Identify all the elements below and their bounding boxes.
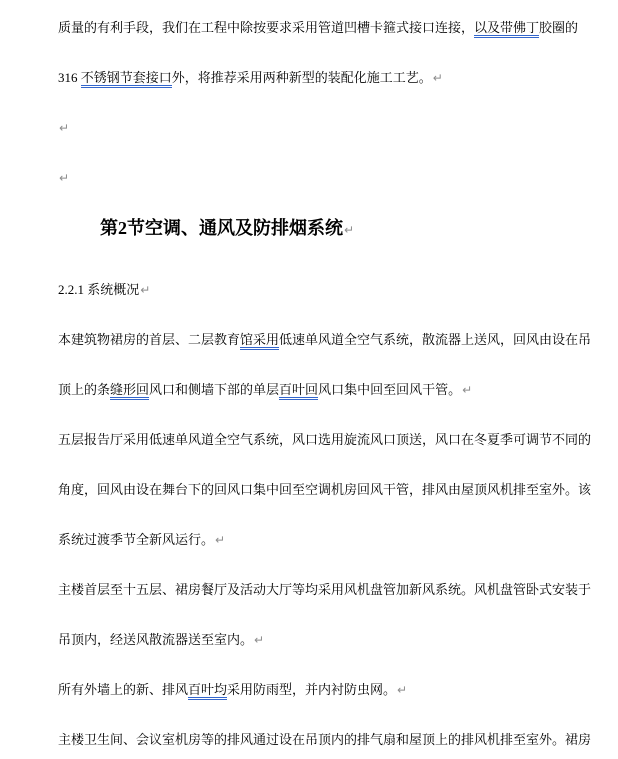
text-line: 吊顶内，经送风散流器送至室内。↵ — [58, 615, 588, 665]
text-line: 所有外墙上的新、排风百叶均采用防雨型，并内衬防虫网。↵ — [58, 665, 588, 715]
text-segment: 主楼卫生间、会议室机房等的排风通过设在吊顶内的排气扇和屋顶上的排风机排至室外。裙… — [58, 732, 591, 747]
text-line: 顶上的条缝形回风口和侧墙下部的单层百叶回风口集中回至回风干管。↵ — [58, 365, 588, 415]
grammar-underlined-text: 缝形回 — [110, 382, 149, 400]
text-segment: 主楼首层至十五层、裙房餐厅及活动大厅等均采用风机盘管加新风系统。风机盘管卧式安装… — [58, 582, 591, 597]
text-segment: 风口和侧墙下部的单层 — [149, 382, 279, 397]
grammar-underlined-text: 以及带佛丁 — [474, 20, 539, 38]
text-line: 主楼首层至十五层、裙房餐厅及活动大厅等均采用风机盘管加新风系统。风机盘管卧式安装… — [58, 565, 588, 615]
text-line: 316 不锈钢节套接口外，将推荐采用两种新型的装配化施工工艺。↵ — [58, 53, 588, 103]
text-segment: 吊顶内，经送风散流器送至室内。 — [58, 632, 253, 647]
return-mark-icon: ↵ — [58, 171, 69, 185]
text-segment: 外，将推荐采用两种新型的装配化施工工艺。 — [172, 70, 432, 85]
text-line: 五层报告厅采用低速单风道全空气系统，风口选用旋流风口顶送，风口在冬夏季可调节不同… — [58, 415, 588, 465]
grammar-underlined-text: 百叶均 — [188, 682, 227, 700]
text-segment: 胶圈的 — [539, 20, 578, 35]
text-segment: 顶上的条 — [58, 382, 110, 397]
text-segment: 低速单风道全空气系统，散流器上送风，回风由设在吊 — [279, 332, 591, 347]
section-heading-text: 第2节空调、通风及防排烟系统 — [100, 218, 343, 238]
grammar-underlined-text: 百叶回 — [279, 382, 318, 400]
return-mark-icon: ↵ — [253, 633, 264, 647]
text-line: 系统过渡季节全新风运行。↵ — [58, 515, 588, 565]
text-segment: 质量的有利手段，我们在工程中除按要求采用管道凹槽卡箍式接口连接， — [58, 20, 474, 35]
text-segment: 角度，回风由设在舞台下的回风口集中回至空调机房回风干管，排风由屋顶风机排至室外。… — [58, 482, 591, 497]
text-line: 本建筑物裙房的首层、二层教育馆采用低速单风道全空气系统，散流器上送风，回风由设在… — [58, 315, 588, 365]
return-mark-icon: ↵ — [396, 683, 407, 697]
text-segment: 2.2.1 系统概况 — [58, 282, 139, 297]
text-line: 质量的有利手段，我们在工程中除按要求采用管道凹槽卡箍式接口连接，以及带佛丁胶圈的 — [58, 3, 588, 53]
empty-paragraph-line: ↵ — [58, 103, 588, 153]
text-line: 主楼卫生间、会议室机房等的排风通过设在吊顶内的排气扇和屋顶上的排风机排至室外。裙… — [58, 715, 588, 759]
return-mark-icon: ↵ — [343, 223, 354, 237]
section-heading: 第2节空调、通风及防排烟系统↵ — [58, 203, 588, 253]
text-segment: 五层报告厅采用低速单风道全空气系统，风口选用旋流风口顶送，风口在冬夏季可调节不同… — [58, 432, 591, 447]
text-line: 角度，回风由设在舞台下的回风口集中回至空调机房回风干管，排风由屋顶风机排至室外。… — [58, 465, 588, 515]
return-mark-icon: ↵ — [58, 121, 69, 135]
text-segment: 系统过渡季节全新风运行。 — [58, 532, 214, 547]
text-segment: 所有外墙上的新、排风 — [58, 682, 188, 697]
document-page: 质量的有利手段，我们在工程中除按要求采用管道凹槽卡箍式接口连接，以及带佛丁胶圈的… — [0, 0, 618, 759]
text-segment: 采用防雨型，并内衬防虫网。 — [227, 682, 396, 697]
return-mark-icon: ↵ — [214, 533, 225, 547]
text-segment: 316 — [58, 70, 81, 85]
return-mark-icon: ↵ — [432, 71, 443, 85]
text-segment: 风口集中回至回风干管。 — [318, 382, 461, 397]
empty-paragraph-line: ↵ — [58, 153, 588, 203]
grammar-underlined-text: 馆采用 — [240, 332, 279, 350]
return-mark-icon: ↵ — [139, 283, 150, 297]
text-segment: 本建筑物裙房的首层、二层教育 — [58, 332, 240, 347]
grammar-underlined-text: 不锈钢节套接口 — [81, 70, 172, 88]
subsection-title: 2.2.1 系统概况↵ — [58, 265, 588, 315]
return-mark-icon: ↵ — [461, 383, 472, 397]
